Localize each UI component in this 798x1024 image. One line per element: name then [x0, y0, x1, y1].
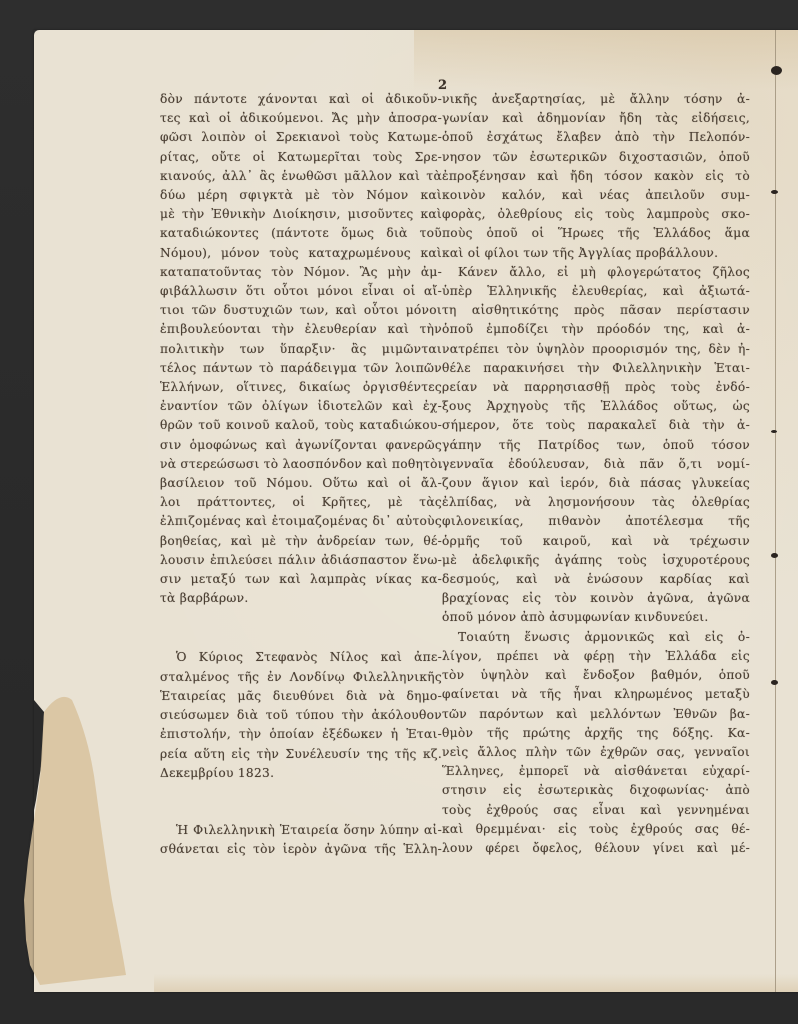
water-stain-bottom	[154, 974, 798, 992]
text-line: βοηθείας, καὶ μὲ τὴν ἀνδρείαν των, θέ-	[160, 532, 442, 551]
text-line: ποὺς ὁποῦ οἱ Ἥρωες τῆς Ἑλλάδος ἅμα	[442, 224, 750, 243]
text-line: τες καὶ οἱ ἀδικούμενοι. Ἄς μὴν ἀποσρα-	[160, 109, 442, 128]
text-line: βραχίονας εἰς τὸν κοινὸν ἀγῶνα, ἀγῶνα	[442, 589, 750, 608]
text-line: κοινὸν καλόν, καὶ νέας ἀπειλοῦν συμ-	[442, 186, 750, 205]
text-line: τὰ βαρβάρων.	[160, 589, 442, 608]
text-line: καὶ οἱ φίλοι των τῆς Ἀγγλίας προβάλλουν.	[442, 244, 750, 263]
text-line: σταλμένος τῆς ἐν Λονδίνῳ Φιλελληνικῆς	[160, 668, 442, 687]
text-line: τη αἰσθητικότης πρὸς πᾶσαν περίστασιν	[442, 301, 750, 320]
right-paragraph-2: Κάνεν ἄλλο, εἰ μὴ φλογερώτατος ζῆλος ὑπὲ…	[442, 263, 750, 628]
text-line: θρῶν τοῦ κοινοῦ καλοῦ, τοὺς καταδιώκου-	[160, 416, 442, 435]
text-line: ὁποῦ ἐσχάτως ἔλαβεν ἀπὸ τὴν Πελοπόν-	[442, 128, 750, 147]
text-line: θέλε παρακινήσει τὴν Φιλελληνικὴν Ἑται-	[442, 359, 750, 378]
binding-mark	[771, 430, 777, 433]
text-line: δύω μέρη σφιγκτὰ μὲ τὸν Νόμον καὶ	[160, 186, 442, 205]
text-line: Κάνεν ἄλλο, εἰ μὴ φλογερώτατος ζῆλος	[442, 263, 750, 282]
left-paragraph-2-announcement: Ὁ Κύριος Στεφανὸς Νίλος καὶ ἀπε- σταλμέν…	[160, 648, 442, 782]
text-line: τῶν παρόντων καὶ μελλόντων Ἐθνῶν βα-	[442, 705, 750, 724]
left-column: δὸν πάντοτε χάνονται καὶ οἱ ἀδικοῦν- τες…	[160, 90, 442, 859]
text-line: δεσμούς, καὶ νὰ ἑνώσουν καρδίας καὶ	[442, 570, 750, 589]
text-line: λουσιν ἐπιλεύσει πάλιν ἀδιάσπαστον ἕνω-	[160, 551, 442, 570]
text-line: ρίτας, οὔτε οἱ Κατωμερῖται τοὺς Σρε-	[160, 148, 442, 167]
text-line: σήμερον, ὅτε τοὺς παρακαλεῖ διὰ τὴν ἀ-	[442, 416, 750, 435]
text-line: σιν ὁμοφώνως καὶ ἀγωνίζονται φανερῶς	[160, 436, 442, 455]
text-line: ἐπιστολήν, τὴν ὁποίαν ἐξέδωκεν ἡ Ἑται-	[160, 725, 442, 744]
text-line: σιν μεταξύ των καὶ λαμπρὰς νίκας κα-	[160, 570, 442, 589]
text-line: ἐπροξένησαν καὶ ἤδη τόσον κακὸν εἰς τὸ	[442, 167, 750, 186]
text-line: γωνίαν καὶ ἀδημονίαν ἤδη τὰς εἰδήσεις,	[442, 109, 750, 128]
text-line: Δεκεμβρίου 1823.	[160, 764, 442, 783]
text-line: ὁρμῆς τοῦ καιροῦ, καὶ νὰ τρέχωσιν	[442, 532, 750, 551]
binding-mark	[771, 553, 778, 558]
right-column: νικῆς ἀνεξαρτησίας, μὲ ἄλλην τόσην ἀ- γω…	[442, 90, 750, 858]
text-line: νατρέπει τὸν ὑψηλὸν προορισμόν της, δὲν …	[442, 340, 750, 359]
text-line: Ἑλλήνων, οἵτινες, δικαίως ὀργισθέντες	[160, 378, 442, 397]
text-line: καταπατοῦντας τὸν Νόμον. Ἂς μὴν ἀμ-	[160, 263, 442, 282]
text-line: ἐπιβουλεύονται τὴν ἐλευθερίαν καὶ τὴν	[160, 320, 442, 339]
text-line: στησιν εἰς ἐσωτερικὰς διχοφωνίας· ἀπὸ	[442, 781, 750, 800]
right-paragraph-1: νικῆς ἀνεξαρτησίας, μὲ ἄλλην τόσην ἀ- γω…	[442, 90, 750, 263]
text-line: καταδιώκοντες (πάντοτε ὅμως διὰ τοῦ	[160, 224, 442, 243]
binding-fold-line	[775, 30, 776, 992]
ink-blot-mark	[771, 66, 782, 75]
text-line: σθάνεται εἰς τὸν ἱερὸν ἀγῶνα τῆς Ἑλλη-	[160, 840, 442, 859]
text-line: Ὁ Κύριος Στεφανὸς Νίλος καὶ ἀπε-	[160, 648, 442, 667]
text-line: τοὺς ἐχθρούς σας εἶναι καὶ γεννημέναι	[442, 801, 750, 820]
text-line: Τοιαύτη ἕνωσις ἀρμονικῶς καὶ εἰς ὀ-	[442, 628, 750, 647]
text-line: λοι πράττοντες, οἱ Κρῆτες, μὲ τὰς	[160, 493, 442, 512]
text-line: Νόμου), μόνον τοὺς καταχρωμένους καὶ	[160, 244, 442, 263]
text-line: βασίλειον τοῦ Νόμου. Οὕτω καὶ οἱ ἄλ-	[160, 474, 442, 493]
text-line: ἐλπίδας, νὰ λησμονήσουν τὰς ὀλεθρίας	[442, 493, 750, 512]
right-paragraph-3: Τοιαύτη ἕνωσις ἀρμονικῶς καὶ εἰς ὀ- λίγο…	[442, 628, 750, 858]
text-line: κιανούς, ἀλλ᾽ ἂς ἑνωθῶσι μᾶλλον καὶ τὰ	[160, 167, 442, 186]
text-line: πολιτικὴν των ὕπαρξιν· ἂς μιμῶνται	[160, 340, 442, 359]
text-line: φιβάλλωσιν ὅτι οὗτοι μόνοι εἶναι οἱ αἴ-	[160, 282, 442, 301]
paragraph-gap	[160, 608, 442, 648]
text-line: θμὸν τῆς πρώτης ἀρχῆς της δόξης. Κα-	[442, 724, 750, 743]
text-line: Ἕλληνες, ἐμπορεῖ νὰ αἰσθάνεται εὐχαρί-	[442, 762, 750, 781]
text-line: δὸν πάντοτε χάνονται καὶ οἱ ἀδικοῦν-	[160, 90, 442, 109]
text-line: τέλος πάντων τὸ παράδειγμα τῶν λοιπῶν	[160, 359, 442, 378]
text-line: Ἡ Φιλελληνικὴ Ἑταιρεία ὅσην λύπην αἰ-	[160, 821, 442, 840]
text-line: ζουν ἅγιον καὶ ἱερόν, διὰ πάσας γλυκείας	[442, 474, 750, 493]
text-line: τὸν ὑψηλὸν καὶ ἔνδοξον βαθμόν, ὁποῦ	[442, 666, 750, 685]
text-line: νησον τῶν ἐσωτερικῶν διχοστασιῶν, ὁποῦ	[442, 148, 750, 167]
text-line: καὶ θρεμμέναι· εἰς τοὺς ἐχθρούς σας θέ-	[442, 820, 750, 839]
text-line: ξους Ἀρχηγοὺς τῆς Ἑλλάδος οὕτως, ὡς	[442, 397, 750, 416]
text-line: φιλονεικίας, πιθανὸν ἀποτέλεσμα τῆς	[442, 512, 750, 531]
text-line: μὲ ἀδελφικῆς ἀγάπης τοὺς ἰσχυροτέρους	[442, 551, 750, 570]
text-line: νεὶς ἄλλος πλὴν τῶν ἐχθρῶν σας, γενναῖοι	[442, 743, 750, 762]
text-line: ρεία αὕτη εἰς τὴν Συνέλευσίν της τῆς κζ.	[160, 745, 442, 764]
text-line: λουν φέρει ὄφελος, θέλουν γίνει καὶ μέ-	[442, 839, 750, 858]
text-line: φαίνεται νὰ τῆς ἦναι κληρωμένος μεταξὺ	[442, 685, 750, 704]
text-line: νικῆς ἀνεξαρτησίας, μὲ ἄλλην τόσην ἀ-	[442, 90, 750, 109]
text-line: φορὰς, ὀλεθρίους εἰς τοὺς λαμπροὺς σκο-	[442, 205, 750, 224]
text-line: Ἑταιρείας μᾶς διευθύνει διὰ νὰ δημο-	[160, 687, 442, 706]
binding-mark	[771, 680, 778, 685]
left-paragraph-1: δὸν πάντοτε χάνονται καὶ οἱ ἀδικοῦν- τες…	[160, 90, 442, 608]
text-line: ρείαν νὰ παρρησιασθῇ πρὸς τοὺς ἐνδό-	[442, 378, 750, 397]
text-line: γάπην τῆς Πατρίδος των, ὁποῦ τόσον	[442, 436, 750, 455]
text-line: τιοι τῶν δυστυχιῶν των, καὶ οὗτοι μόνοι	[160, 301, 442, 320]
paragraph-gap	[160, 783, 442, 821]
text-line: λίγον, πρέπει νὰ φέρῃ τὴν Ἑλλάδα εἰς	[442, 647, 750, 666]
text-line: ὑπὲρ Ἑλληνικῆς ἐλευθερίας, καὶ ἀξιωτά-	[442, 282, 750, 301]
text-line: φῶσι λοιπὸν οἱ Σρεκιανοὶ τοὺς Κατωμε-	[160, 128, 442, 147]
text-line: ὁποῦ ἐμποδίζει τὴν πρόοδόν της, καὶ ἀ-	[442, 320, 750, 339]
text-line: ἐναντίον τῶν ὀλίγων ἰδιοτελῶν καὶ ἐχ-	[160, 397, 442, 416]
water-stain-top	[414, 30, 798, 90]
text-line: ὁποῦ μόνον ἀπὸ ἀσυμφωνίαν κινδυνεύει.	[442, 608, 750, 627]
text-line: σιεύσωμεν διὰ τοῦ τύπου τὴν ἀκόλουθον	[160, 706, 442, 725]
text-line: ἐλπιζομένας καὶ ἐτοιμαζομένας δι᾽ αὐτοὺς	[160, 512, 442, 531]
left-paragraph-3-letter-start: Ἡ Φιλελληνικὴ Ἑταιρεία ὅσην λύπην αἰ- σθ…	[160, 821, 442, 859]
text-line: μὲ τὴν Ἐθνικὴν Διοίκησιν, μισοῦντες καὶ	[160, 205, 442, 224]
binding-mark	[771, 190, 778, 194]
text-line: γενναῖα ἐδούλευσαν, διὰ πᾶν ὅ,τι νομί-	[442, 455, 750, 474]
text-line: νὰ στερεώσωσι τὸ λαοσπόνδον καὶ ποθητὸν	[160, 455, 442, 474]
